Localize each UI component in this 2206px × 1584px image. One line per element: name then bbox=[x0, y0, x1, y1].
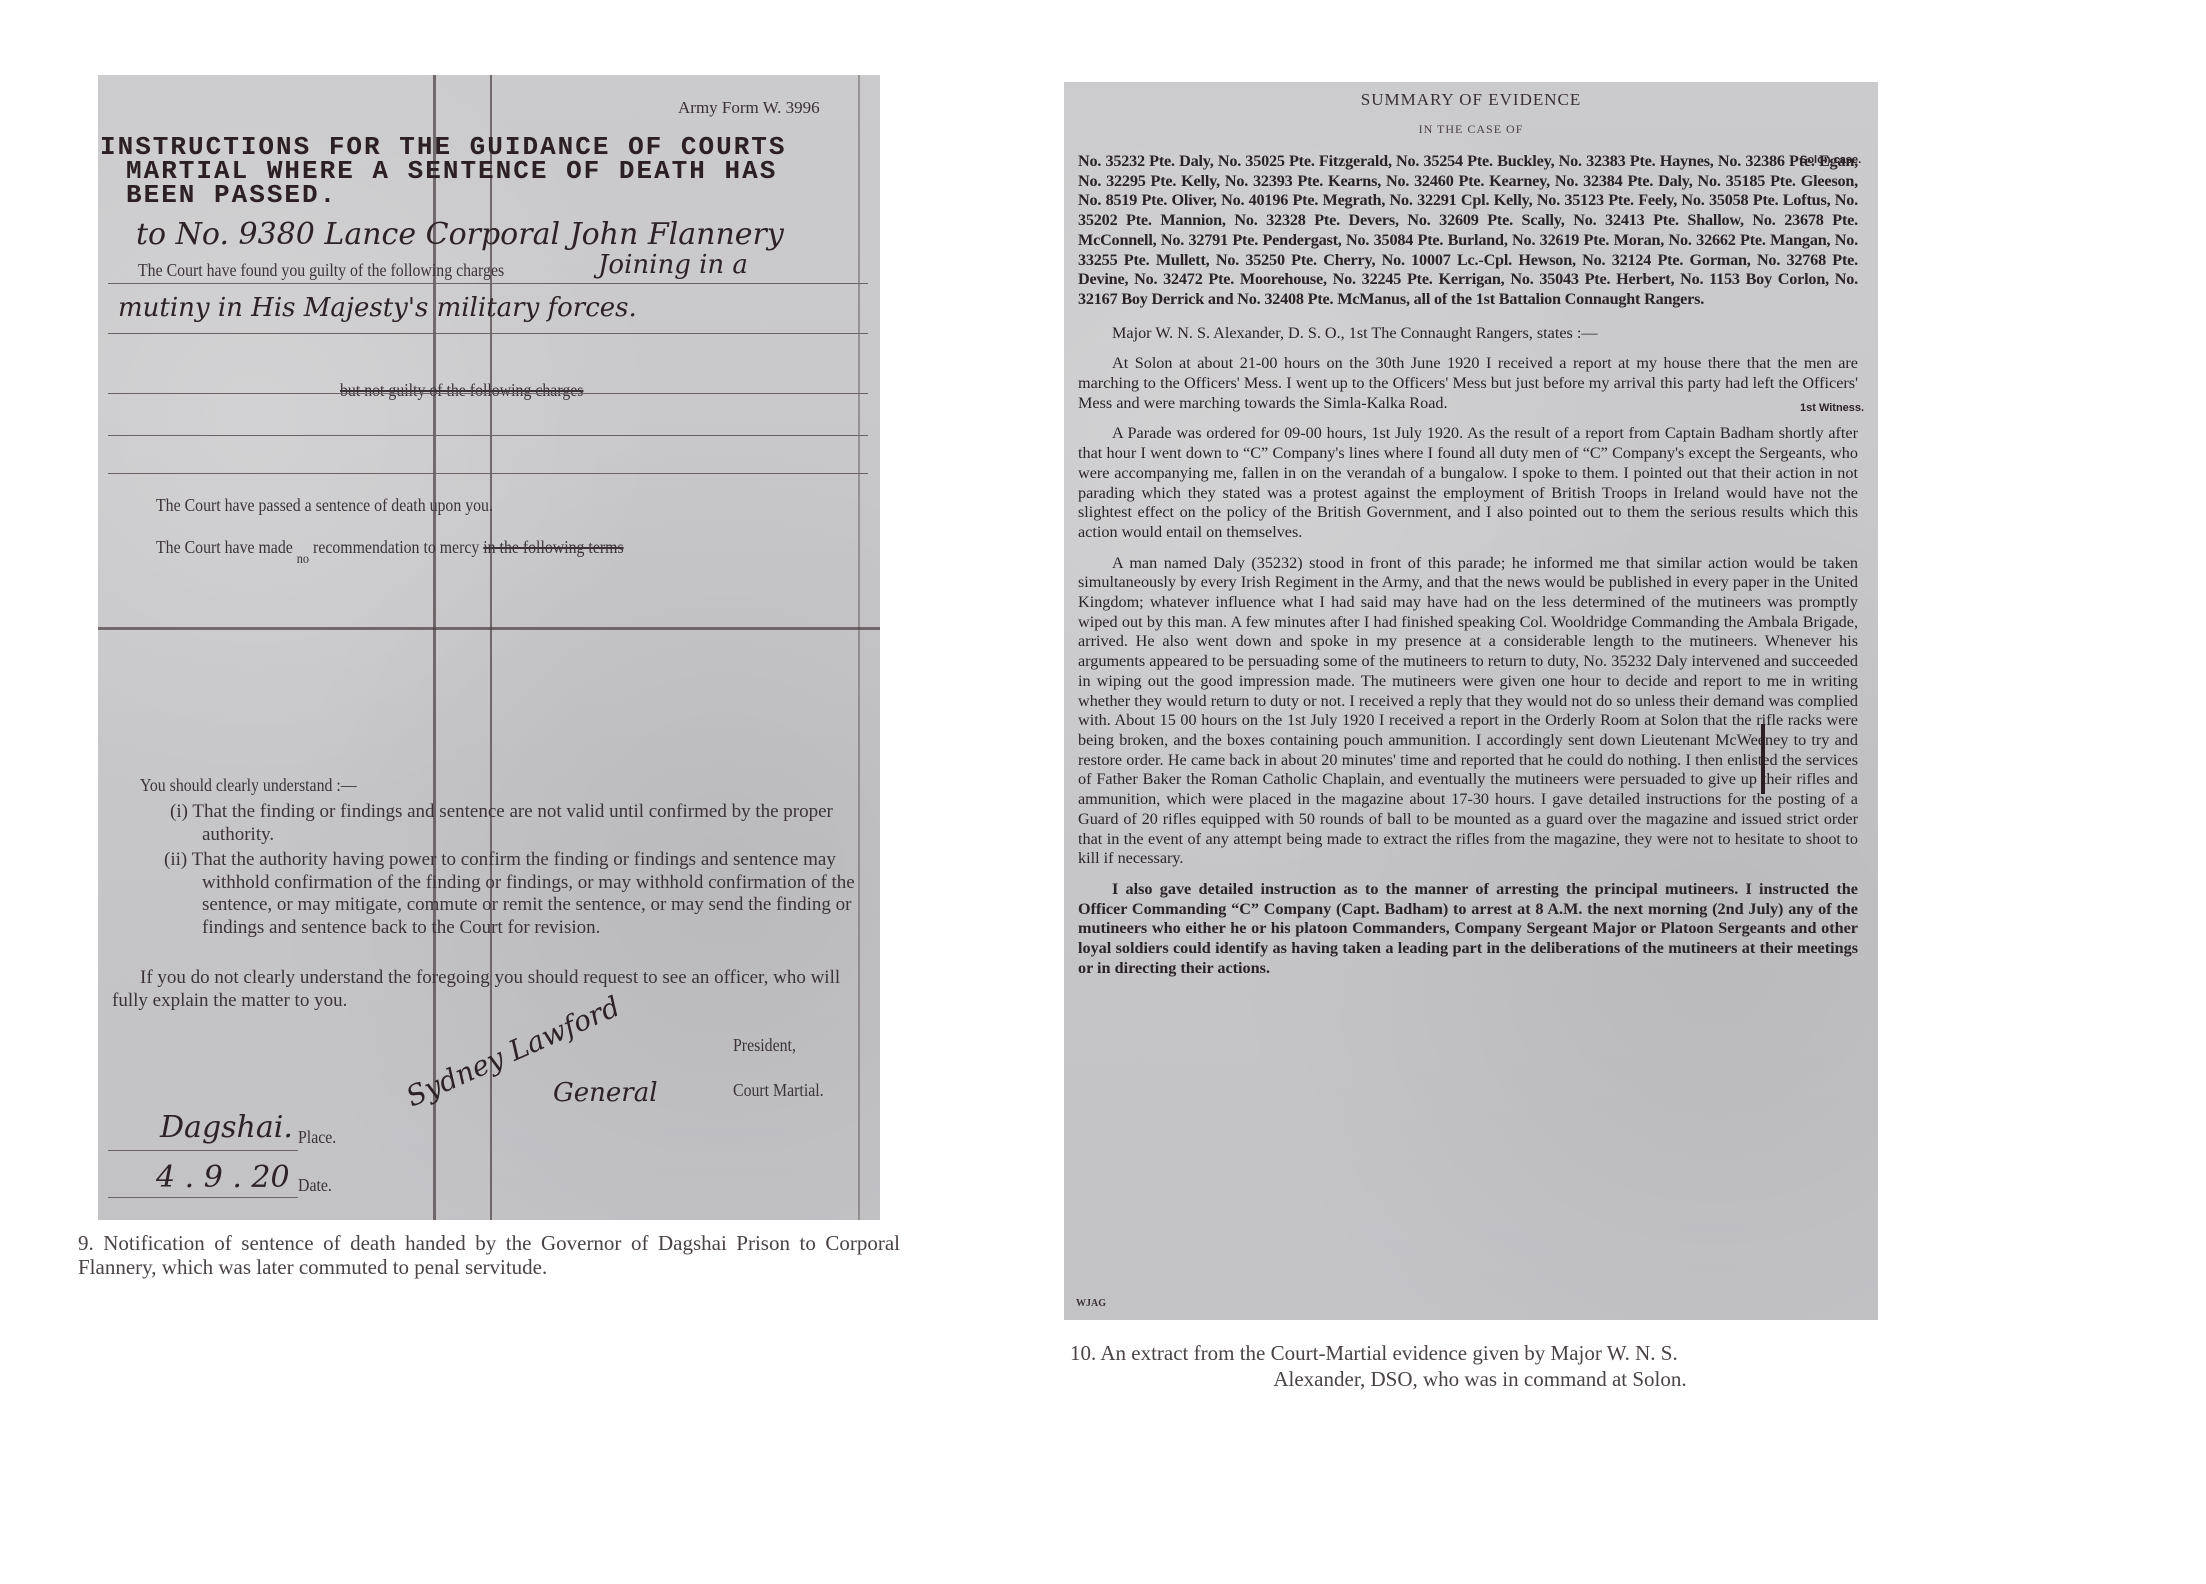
footer-mark: WJAG bbox=[1076, 1298, 1106, 1309]
evidence-paragraph-2: A Parade was ordered for 09-00 hours, 1s… bbox=[1078, 424, 1858, 542]
point-i: (i) That the finding or findings and sen… bbox=[170, 801, 880, 846]
court-martial-label: Court Martial. bbox=[733, 1080, 824, 1101]
summary-title: SUMMARY OF EVIDENCE bbox=[1064, 90, 1878, 110]
form-rule bbox=[108, 473, 868, 474]
sentence-line: The Court have passed a sentence of deat… bbox=[156, 495, 493, 516]
form-heading-line-3: BEEN PASSED. bbox=[126, 181, 337, 209]
margin-note-solon-case: Solon case. bbox=[1800, 154, 1861, 166]
figure-10-caption-line-1: 10. An extract from the Court-Martial ev… bbox=[1070, 1341, 1678, 1365]
mercy-struck-text: in the following terms bbox=[483, 537, 623, 557]
date-handwritten: 4 . 9 . 20 bbox=[156, 1160, 290, 1195]
summary-subtitle: IN THE CASE OF bbox=[1064, 122, 1878, 137]
charge-handwritten-2: mutiny in His Majesty's military forces. bbox=[118, 293, 637, 323]
form-rule bbox=[108, 1150, 298, 1151]
accused-list: No. 35232 Pte. Daly, No. 35025 Pte. Fitz… bbox=[1078, 152, 1858, 310]
mercy-prefix: The Court have made bbox=[156, 537, 293, 557]
fold-line-vertical bbox=[858, 75, 860, 1220]
margin-marker-bar bbox=[1761, 724, 1765, 794]
evidence-paragraph-1: At Solon at about 21-00 hours on the 30t… bbox=[1078, 354, 1858, 413]
form-rule bbox=[108, 393, 868, 394]
form-rule bbox=[108, 283, 868, 284]
charge-handwritten-1: Joining in a bbox=[598, 250, 748, 280]
witness-line: Major W. N. S. Alexander, D. S. O., 1st … bbox=[1078, 324, 1858, 344]
place-label: Place. bbox=[298, 1127, 336, 1148]
addressee-handwritten: to No. 9380 Lance Corporal John Flannery bbox=[136, 217, 784, 252]
figure-10-caption-line-2: Alexander, DSO, who was in command at So… bbox=[1070, 1367, 1890, 1391]
mercy-insert: no bbox=[297, 552, 309, 568]
mercy-suffix: recommendation to mercy bbox=[313, 537, 479, 557]
place-handwritten: Dagshai. bbox=[160, 1110, 293, 1145]
form-rule bbox=[108, 435, 868, 436]
understand-label: You should clearly understand :— bbox=[140, 775, 357, 796]
found-guilty-label: The Court have found you guilty of the f… bbox=[138, 260, 504, 281]
date-label: Date. bbox=[298, 1175, 332, 1196]
figure-9-caption: 9. Notification of sentence of death han… bbox=[78, 1231, 900, 1279]
summary-body: No. 35232 Pte. Daly, No. 35025 Pte. Fitz… bbox=[1078, 152, 1858, 989]
general-handwritten: General bbox=[553, 1078, 658, 1108]
form-rule bbox=[108, 1197, 298, 1198]
evidence-paragraph-4: I also gave detailed instruction as to t… bbox=[1078, 880, 1858, 979]
point-ii: (ii) That the authority having power to … bbox=[164, 849, 880, 939]
mercy-line: The Court have made no recommendation to… bbox=[156, 537, 624, 558]
death-sentence-form-photo: Army Form W. 3996 INSTRUCTIONS FOR THE G… bbox=[98, 75, 880, 1220]
evidence-paragraph-3: A man named Daly (35232) stood in front … bbox=[1078, 554, 1858, 869]
president-label: President, bbox=[733, 1035, 796, 1056]
form-number: Army Form W. 3996 bbox=[678, 98, 820, 118]
fold-line-horizontal bbox=[98, 627, 880, 630]
explain-line: If you do not clearly understand the for… bbox=[112, 967, 852, 1012]
margin-note-first-witness: 1st Witness. bbox=[1800, 402, 1864, 414]
summary-of-evidence-photo: SUMMARY OF EVIDENCE IN THE CASE OF No. 3… bbox=[1064, 82, 1878, 1320]
not-guilty-label: but not guilty of the following charges bbox=[340, 380, 583, 401]
form-rule bbox=[108, 333, 868, 334]
